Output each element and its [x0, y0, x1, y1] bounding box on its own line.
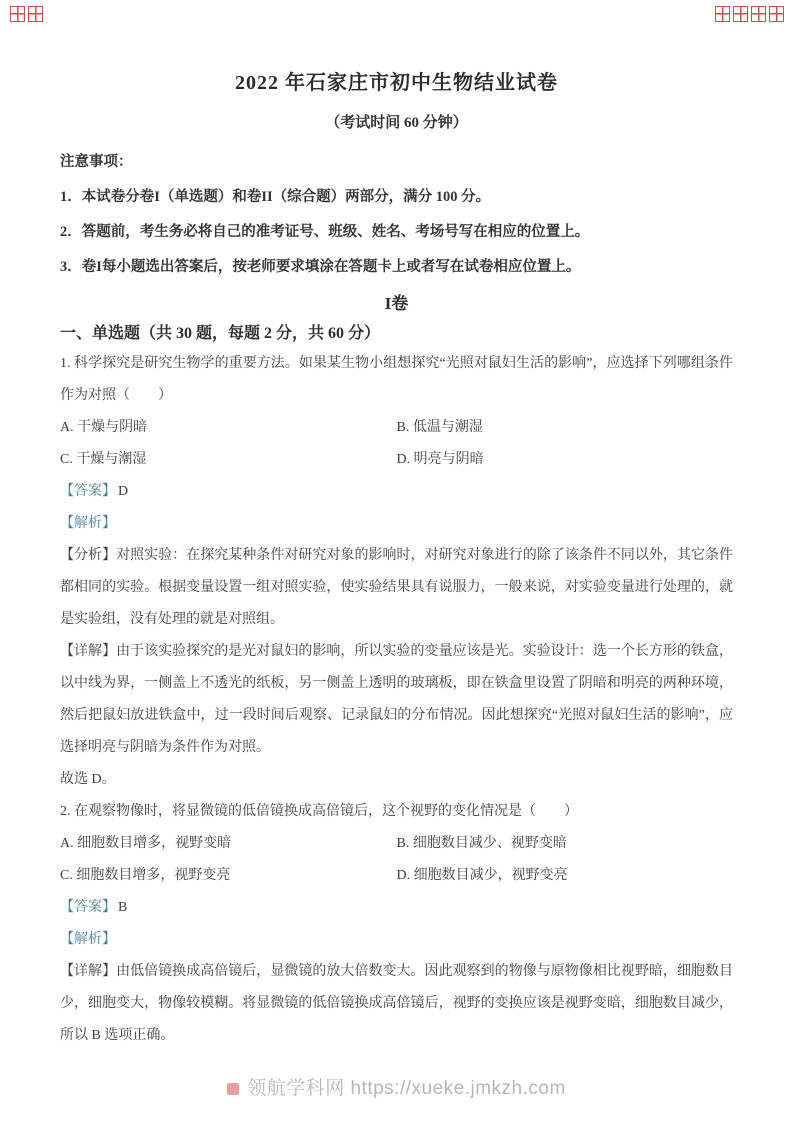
options-row: A. 干燥与阴暗 B. 低温与潮湿 [60, 412, 733, 444]
option-c: C. 干燥与潮湿 [60, 444, 397, 476]
detail-tag: 【详解】 [60, 964, 116, 979]
analysis-label-line: 【解析】 [60, 508, 733, 540]
red-stamp-left-icon [10, 6, 43, 22]
question-stem: 1. 科学探究是研究生物学的重要方法。如果某生物小组想探究“光照对鼠妇生活的影响… [60, 348, 733, 412]
question-block-1: 1. 科学探究是研究生物学的重要方法。如果某生物小组想探究“光照对鼠妇生活的影响… [60, 348, 733, 796]
option-a: A. 干燥与阴暗 [60, 412, 397, 444]
answer-value: B [116, 900, 127, 915]
site-watermark: 领航学科网 https://xueke.jmkzh.com [0, 1073, 793, 1100]
answer-label: 【答案】 [60, 484, 116, 499]
detail-tag: 【详解】 [60, 644, 116, 659]
notice-item-1: 1．本试卷分卷I（单选题）和卷II（综合题）两部分，满分 100 分。 [60, 180, 733, 215]
doc-subtitle: （考试时间 60 分钟） [60, 111, 733, 132]
notice-item-2: 2．答题前，考生务必将自己的准考证号、班级、姓名、考场号写在相应的位置上。 [60, 215, 733, 250]
section-heading: 一、单选题（共 30 题，每题 2 分，共 60 分） [60, 320, 733, 343]
analysis-label: 【解析】 [60, 516, 116, 531]
exam-document-page: 2022 年石家庄市初中生物结业试卷 （考试时间 60 分钟） 注意事项： 1．… [0, 0, 793, 1122]
document-content: 2022 年石家庄市初中生物结业试卷 （考试时间 60 分钟） 注意事项： 1．… [0, 66, 793, 1052]
notice-section: 注意事项： 1．本试卷分卷I（单选题）和卷II（综合题）两部分，满分 100 分… [60, 145, 733, 285]
option-a: A. 细胞数目增多，视野变暗 [60, 828, 397, 860]
detail-paragraph: 【详解】由于该实验探究的是光对鼠妇的影响，所以实验的变量应该是光。实验设计：选一… [60, 636, 733, 764]
notice-item-3: 3．卷I每小题选出答案后，按老师要求填涂在答题卡上或者写在试卷相应位置上。 [60, 250, 733, 285]
option-b: B. 低温与潮湿 [397, 412, 734, 444]
red-stamp-right-icon [715, 6, 784, 22]
analysis-label: 【解析】 [60, 932, 116, 947]
analysis-tag: 【分析】 [60, 548, 116, 563]
volume-heading: I卷 [60, 289, 733, 314]
option-b: B. 细胞数目减少、视野变暗 [397, 828, 734, 860]
notice-heading: 注意事项： [60, 145, 733, 180]
analysis-paragraph: 【分析】对照实验：在探究某种条件对研究对象的影响时，对研究对象进行的除了该条件不… [60, 540, 733, 636]
detail-text: 由于该实验探究的是光对鼠妇的影响，所以实验的变量应该是光。实验设计：选一个长方形… [60, 644, 733, 755]
options-row: C. 干燥与潮湿 D. 明亮与阴暗 [60, 444, 733, 476]
question-stem: 2. 在观察物像时，将显微镜的低倍镜换成高倍镜后，这个视野的变化情况是（ ） [60, 796, 733, 828]
options-row: C. 细胞数目增多，视野变亮 D. 细胞数目减少，视野变亮 [60, 860, 733, 892]
options-row: A. 细胞数目增多，视野变暗 B. 细胞数目减少、视野变暗 [60, 828, 733, 860]
watermark-text: 领航学科网 https://xueke.jmkzh.com [247, 1078, 566, 1099]
detail-paragraph: 【详解】由低倍镜换成高倍镜后，显微镜的放大倍数变大。因此观察到的物像与原物像相比… [60, 956, 733, 1052]
watermark-logo-icon [227, 1083, 239, 1095]
doc-title: 2022 年石家庄市初中生物结业试卷 [60, 66, 733, 95]
conclusion-line: 故选 D。 [60, 764, 733, 796]
answer-value: D [116, 484, 128, 499]
option-d: D. 细胞数目减少，视野变亮 [397, 860, 734, 892]
question-block-2: 2. 在观察物像时，将显微镜的低倍镜换成高倍镜后，这个视野的变化情况是（ ） A… [60, 796, 733, 1052]
analysis-text: 对照实验：在探究某种条件对研究对象的影响时，对研究对象进行的除了该条件不同以外，… [60, 548, 733, 627]
detail-text: 由低倍镜换成高倍镜后，显微镜的放大倍数变大。因此观察到的物像与原物像相比视野暗，… [60, 964, 733, 1043]
answer-label: 【答案】 [60, 900, 116, 915]
option-c: C. 细胞数目增多，视野变亮 [60, 860, 397, 892]
answer-line: 【答案】D [60, 476, 733, 508]
analysis-label-line: 【解析】 [60, 924, 733, 956]
answer-line: 【答案】B [60, 892, 733, 924]
option-d: D. 明亮与阴暗 [397, 444, 734, 476]
